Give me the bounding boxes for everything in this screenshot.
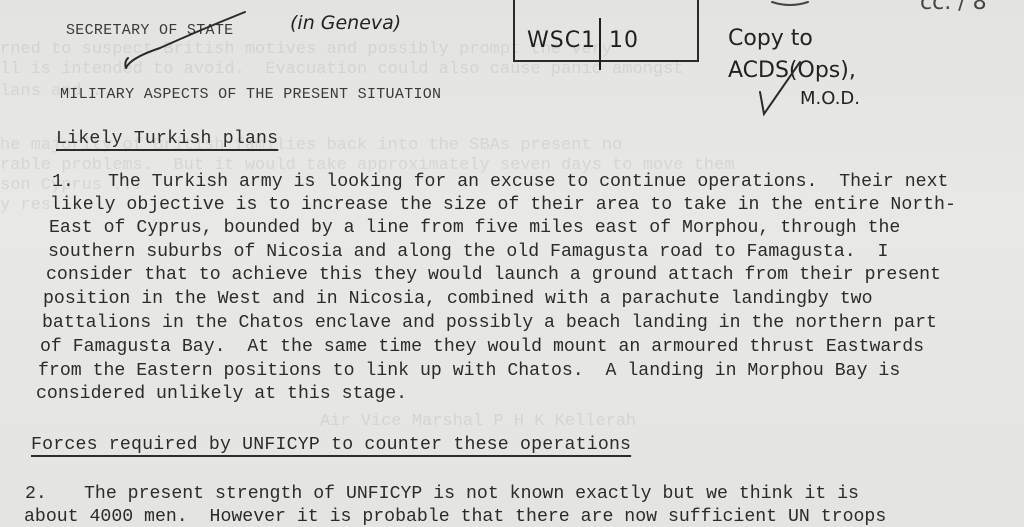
paragraph-line: about 4000 men. However it is probable t… [24,507,886,527]
document-page: rned to suspect British motives and poss… [0,0,1024,527]
reference-right: 10 [609,28,639,53]
document-title: MILITARY ASPECTS OF THE PRESENT SITUATIO… [60,86,441,103]
copy-to-department: M.O.D. [800,88,860,109]
reference-left: WSC1 [527,28,596,53]
paragraph-line: The present strength of UNFICYP is not k… [84,484,859,504]
section-heading-forces-required: Forces required by UNFICYP to counter th… [31,435,631,455]
paragraph-number: 2. [25,484,47,504]
paragraph-line: East of Cyprus, bounded by a line from f… [49,218,900,238]
paragraph-line: battalions in the Chatos enclave and pos… [42,313,937,333]
corner-annotation: cc. / 8 [920,0,987,15]
paragraph-line: likely objective is to increase the size… [50,195,956,215]
copy-to-recipient: ACDS(Ops), [728,58,856,83]
paragraph-number: 1. [52,172,74,192]
section-heading-turkish-plans: Likely Turkish plans [56,129,278,149]
paragraph-line: of Famagusta Bay. At the same time they … [40,337,924,357]
reference-divider [599,18,601,70]
paragraph-line: The Turkish army is looking for an excus… [108,172,948,192]
paragraph-line: southern suburbs of Nicosia and along th… [48,242,888,262]
bleed-through-line: ll is intended to avoid. Evacuation coul… [0,60,684,79]
reference-box: WSC1 10 [513,0,699,62]
addressee: SECRETARY OF STATE [66,22,233,39]
addressee-annotation: (in Geneva) [290,12,401,34]
copy-to-line: Copy to [728,26,813,51]
paragraph-line: position in the West and in Nicosia, com… [43,289,873,309]
paragraph-line: from the Eastern positions to link up wi… [38,361,900,381]
paragraph-line: consider that to achieve this they would… [46,265,941,285]
bleed-through-line: Air Vice Marshal P H K Kellerah [320,412,636,431]
paragraph-line: considered unlikely at this stage. [36,384,407,404]
